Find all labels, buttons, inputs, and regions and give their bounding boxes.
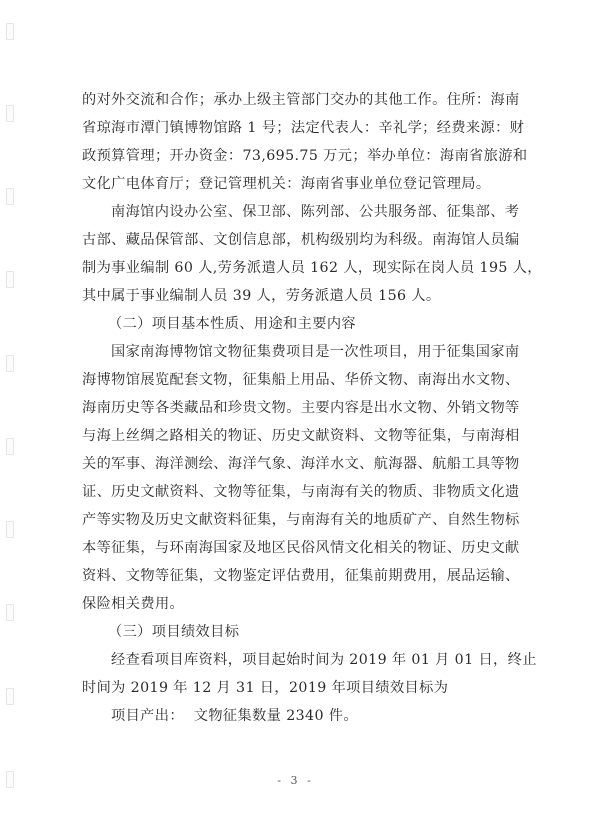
document-body: 的对外交流和合作；承办上级主管部门交办的其他工作。住所：海南 省琼海市潭门镇博物… [82, 86, 518, 730]
text-line: 保险相关费用。 [82, 590, 518, 618]
text-line: 海南历史等各类藏品和珍贵文物。主要内容是出水文物、外销文物等 [82, 394, 518, 422]
text-line: 证、历史文献资料、文物等征集，与南海有关的物质、非物质文化遗 [82, 478, 518, 506]
text-line: 的对外交流和合作；承办上级主管部门交办的其他工作。住所：海南 [82, 86, 518, 114]
binding-hole-mark [6, 604, 14, 621]
binding-hole-mark [6, 271, 14, 288]
text-line: 海博物馆展览配套文物，征集船上用品、华侨文物、南海出水文物、 [82, 366, 518, 394]
text-line: 其中属于事业编制人员 39 人，劳务派遣人员 156 人。 [82, 282, 518, 310]
text-line: 制为事业编制 60 人,劳务派遣人员 162 人，现实际在岗人员 195 人， [82, 254, 518, 282]
section-heading-2: （二）项目基本性质、用途和主要内容 [82, 310, 518, 338]
binding-hole-mark [6, 23, 14, 40]
text-line: 古部、藏品保管部、文创信息部，机构级别均为科级。南海馆人员编 [82, 226, 518, 254]
text-line: 省琼海市潭门镇博物馆路 1 号；法定代表人：辛礼学；经费来源：财 [82, 114, 518, 142]
text-line: 本等征集，与环南海国家及地区民俗风情文化相关的物证、历史文献 [82, 534, 518, 562]
text-line: 与海上丝绸之路相关的物证、历史文献资料、文物等征集，与南海相 [82, 422, 518, 450]
binding-hole-mark [6, 188, 14, 205]
text-line: 时间为 2019 年 12 月 31 日，2019 年项目绩效目标为 [82, 674, 518, 702]
text-line: 文化广电体育厅；登记管理机关：海南省事业单位登记管理局。 [82, 170, 518, 198]
page-number: - 3 - [0, 774, 591, 787]
text-line: 资料、文物等征集，文物鉴定评估费用，征集前期费用，展品运输、 [82, 562, 518, 590]
binding-hole-mark [6, 105, 14, 122]
project-output-line: 项目产出： 文物征集数量 2340 件。 [82, 702, 518, 730]
paragraph-start-line: 南海馆内设办公室、保卫部、陈列部、公共服务部、征集部、考 [82, 198, 518, 226]
binding-hole-mark [6, 521, 14, 538]
binding-hole-mark [6, 688, 14, 705]
section-heading-3: （三）项目绩效目标 [82, 618, 518, 646]
text-line: 政预算管理；开办资金：73,695.75 万元；举办单位：海南省旅游和 [82, 142, 518, 170]
paragraph-start-line: 经查看项目库资料，项目起始时间为 2019 年 01 月 01 日，终止 [82, 646, 518, 674]
text-line: 产等实物及历史文献资料征集，与南海有关的地质矿产、自然生物标 [82, 506, 518, 534]
binding-hole-mark [6, 355, 14, 372]
text-line: 关的军事、海洋测绘、海洋气象、海洋水文、航海器、航船工具等物 [82, 450, 518, 478]
binding-hole-mark [6, 438, 14, 455]
paragraph-start-line: 国家南海博物馆文物征集费项目是一次性项目，用于征集国家南 [82, 338, 518, 366]
